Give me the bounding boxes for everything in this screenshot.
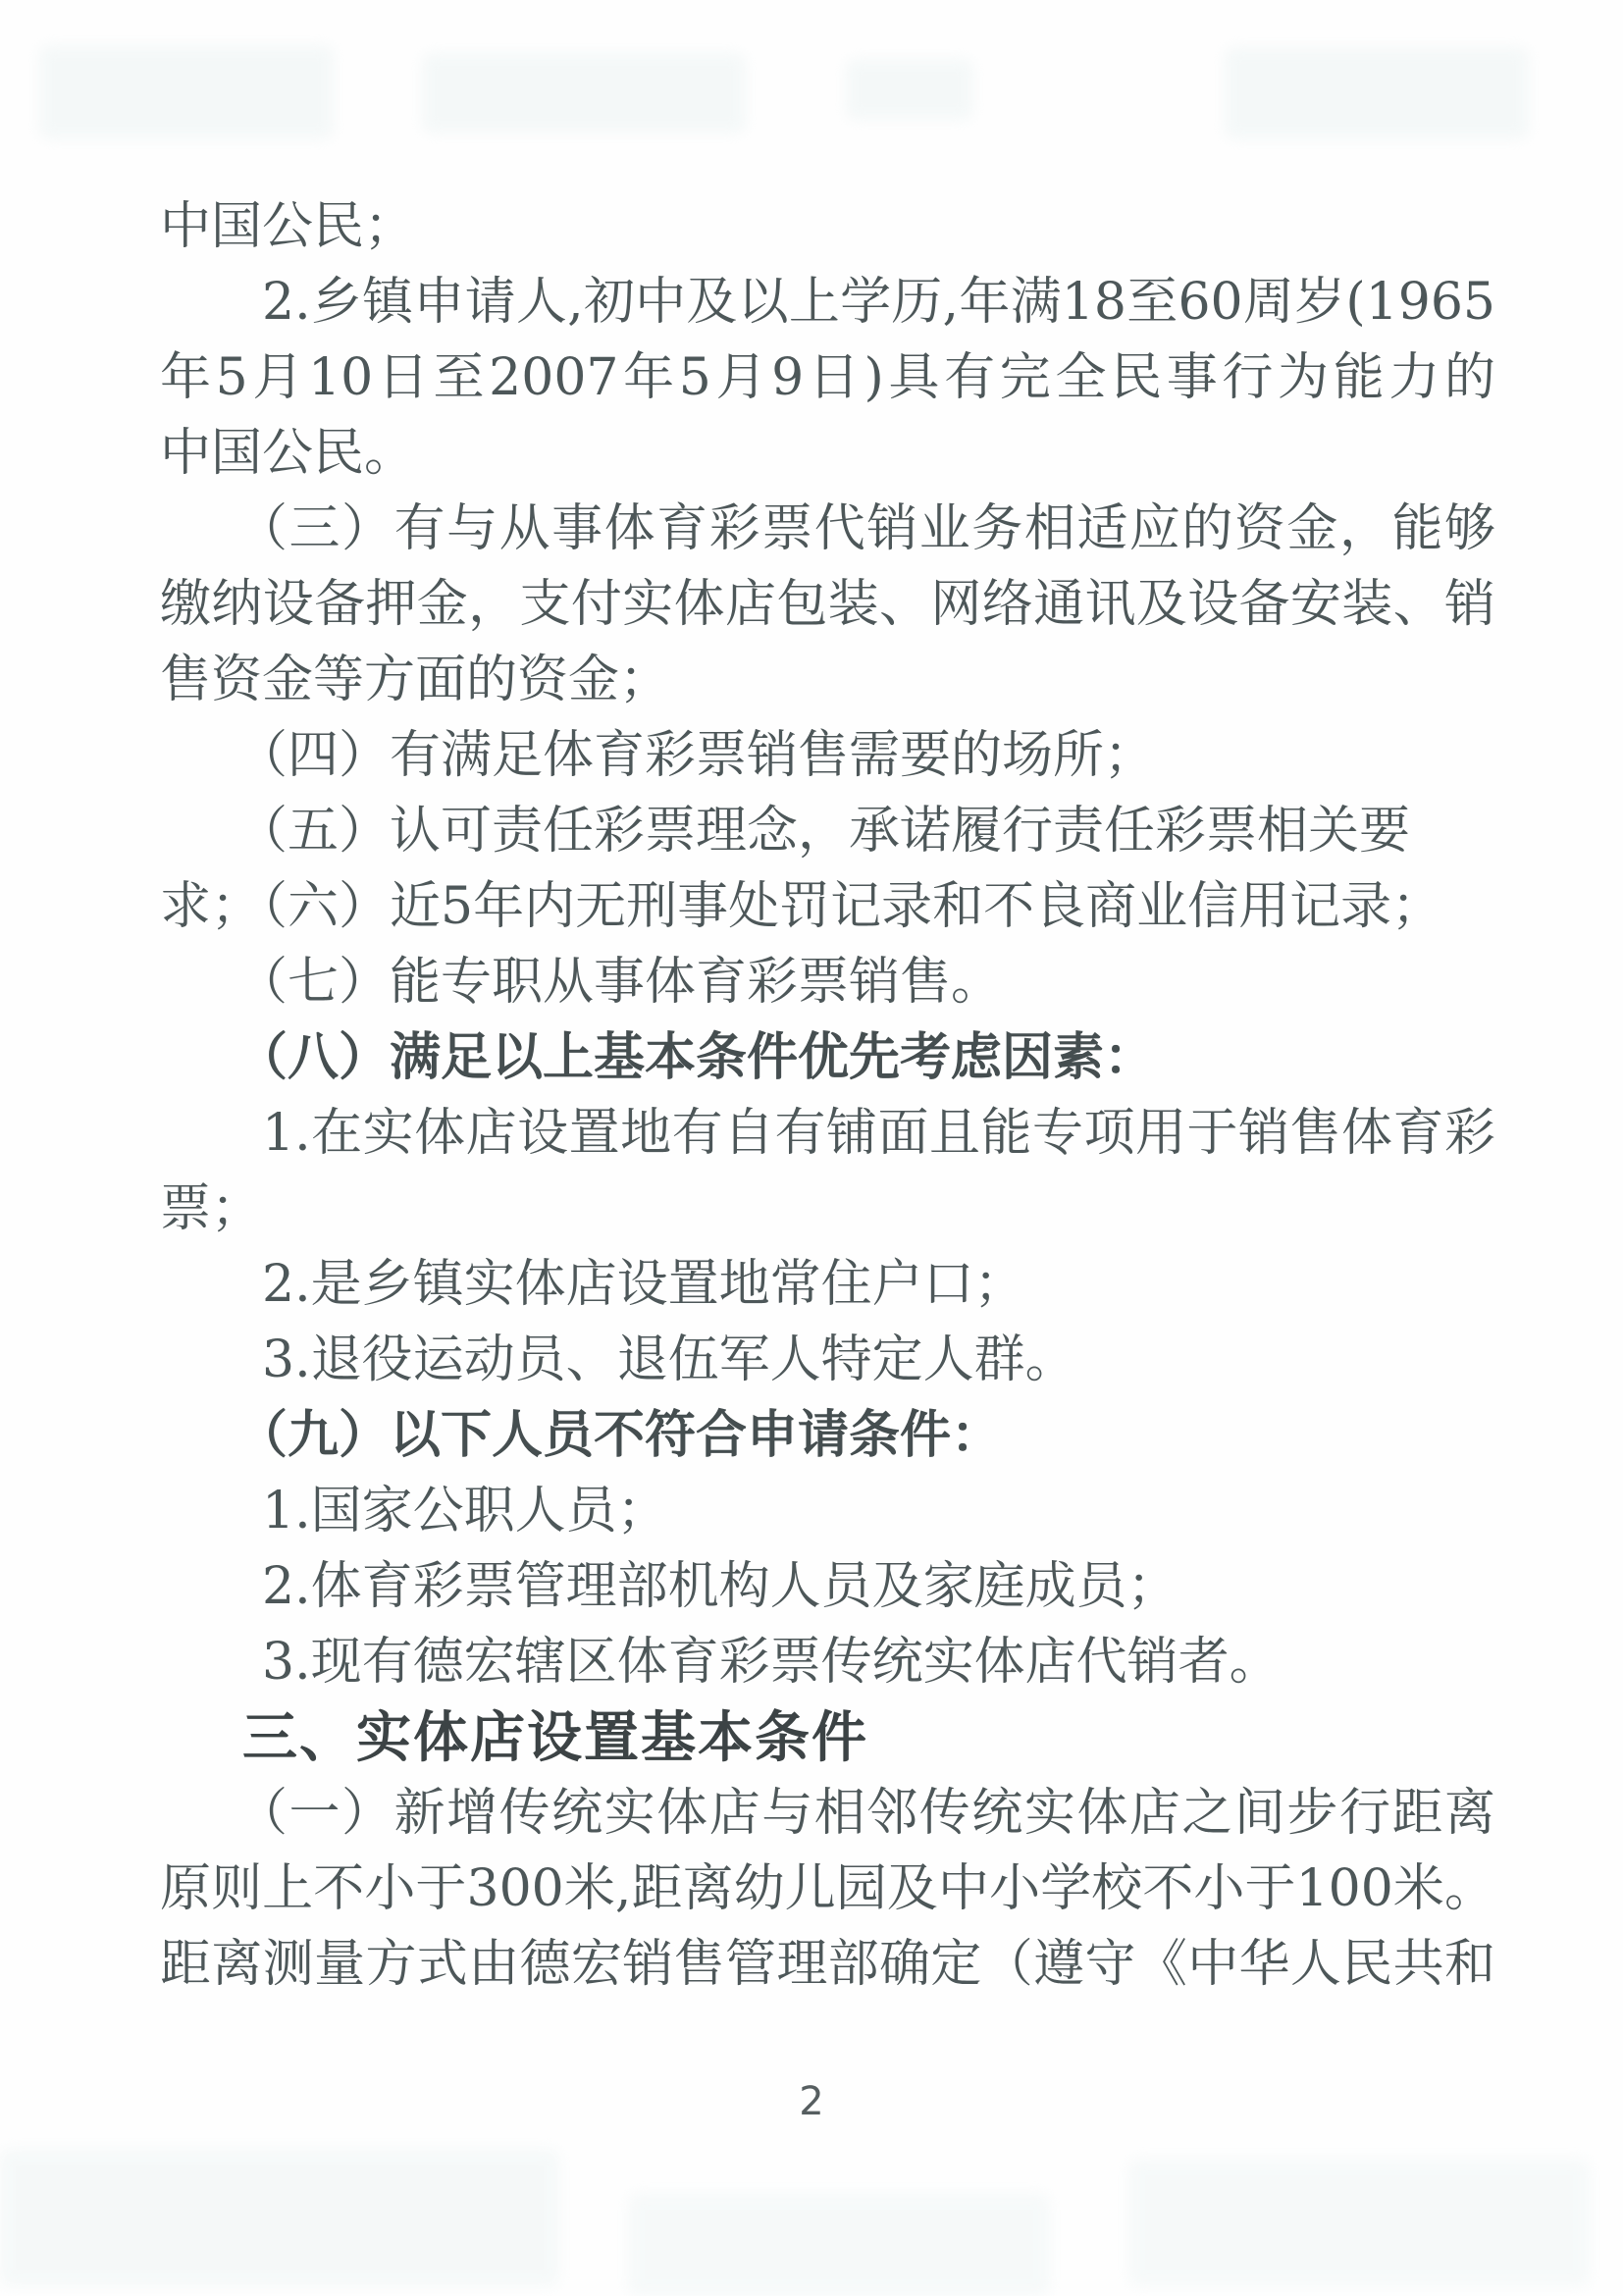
text-line: 2.体育彩票管理部机构人员及家庭成员； [160, 1549, 1495, 1625]
text-line: （九）以下人员不符合申请条件： [160, 1398, 1495, 1474]
text-line: 2.乡镇申请人,初中及以上学历,年满18至60周岁(1965 [160, 265, 1495, 340]
scan-artifact [39, 45, 334, 139]
text-line: （一）新增传统实体店与相邻传统实体店之间步行距离 [160, 1776, 1495, 1852]
text-line: 3.现有德宏辖区体育彩票传统实体店代销者。 [160, 1625, 1495, 1700]
text-line: （四）有满足体育彩票销售需要的场所； [160, 718, 1495, 794]
scan-artifact [628, 2193, 1050, 2296]
text-line: 1.在实体店设置地有自有铺面且能专项用于销售体育彩 [160, 1096, 1495, 1172]
text-line: 缴纳设备押金，支付实体店包装、网络通讯及设备安装、销 [160, 567, 1495, 643]
text-line: 票； [160, 1172, 1495, 1247]
scan-artifact [846, 59, 973, 120]
text-line: 售资金等方面的资金； [160, 643, 1495, 718]
text-line: 距离测量方式由德宏销售管理部确定（遵守《中华人民共和 [160, 1927, 1495, 2003]
text-line: 1.国家公职人员； [160, 1474, 1495, 1549]
document-body: 中国公民；2.乡镇申请人,初中及以上学历,年满18至60周岁(1965年5月10… [160, 189, 1495, 2003]
text-line: 年5月10日至2007年5月9日)具有完全民事行为能力的 [160, 340, 1495, 416]
section-heading: 三、实体店设置基本条件 [160, 1700, 1495, 1776]
scan-artifact [1225, 47, 1529, 139]
text-line: （三）有与从事体育彩票代销业务相适应的资金，能够 [160, 492, 1495, 567]
text-line: 3.退役运动员、退伍军人特定人群。 [160, 1323, 1495, 1398]
scan-artifact [0, 2149, 559, 2286]
page-number: 2 [0, 2072, 1623, 2131]
text-line: 中国公民； [160, 189, 1495, 265]
text-line: （七）能专职从事体育彩票销售。 [160, 945, 1495, 1020]
scan-artifact [422, 53, 746, 133]
scan-artifact [1128, 2159, 1590, 2286]
text-line: （五）认可责任彩票理念，承诺履行责任彩票相关要求； [160, 794, 1495, 869]
text-line: 中国公民。 [160, 416, 1495, 492]
text-line: （八）满足以上基本条件优先考虑因素： [160, 1020, 1495, 1096]
text-line: 原则上不小于300米,距离幼儿园及中小学校不小于100米。 [160, 1852, 1495, 1927]
text-line: （六）近5年内无刑事处罚记录和不良商业信用记录； [160, 869, 1495, 945]
text-line: 2.是乡镇实体店设置地常住户口； [160, 1247, 1495, 1323]
